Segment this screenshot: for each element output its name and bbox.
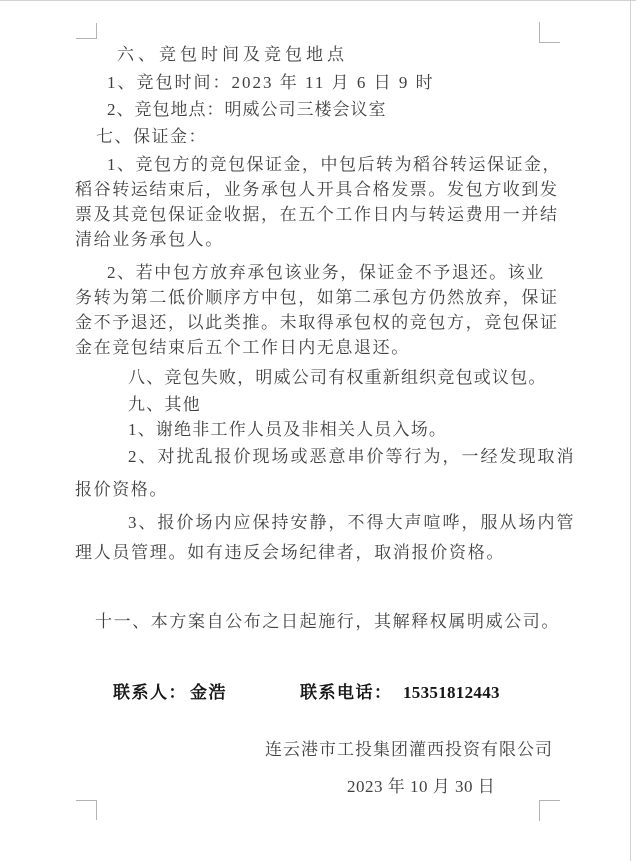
item-bid-time: 1、竞包时间：2023 年 11 月 6 日 9 时 xyxy=(107,72,435,93)
crop-mark-bottom-left xyxy=(76,800,97,801)
crop-mark-top-left xyxy=(96,23,97,39)
item-9-3-line-1: 3、报价场内应保持安静，不得大声喧哗，服从场内管 xyxy=(128,512,576,533)
item-9-2-line-1: 2、对扰乱报价现场或恶意串价等行为，一经发现取消 xyxy=(128,446,576,467)
company-signature: 连云港市工投集团灌西投资有限公司 xyxy=(265,739,553,760)
para-deposit-1-line-4: 清给业务承包人。 xyxy=(75,229,224,250)
para-deposit-1-line-1: 1、竞包方的竞包保证金，中包后转为稻谷转运保证金， xyxy=(107,154,561,175)
para-deposit-1-line-2: 稻谷转运结束后，业务承包人开具合格发票。发包方收到发 xyxy=(75,179,559,200)
item-section-8: 八、竞包失败，明威公司有权重新组织竞包或议包。 xyxy=(128,367,547,388)
crop-mark-top-right xyxy=(539,42,560,43)
crop-mark-top-left xyxy=(76,38,97,39)
para-section-11: 十一、本方案自公布之日起施行，其解释权属明威公司。 xyxy=(95,611,560,632)
phone-label: 联系电话： xyxy=(300,682,393,703)
heading-section-7: 七、保证金： xyxy=(96,126,207,147)
contact-name: 金浩 xyxy=(190,682,227,703)
signature-date: 2023 年 10 月 30 日 xyxy=(347,776,495,797)
item-9-1: 1、谢绝非工作人员及非相关人员入场。 xyxy=(128,419,447,440)
crop-mark-top-right xyxy=(539,22,540,43)
para-deposit-2-line-3: 金不予退还，以此类推。未取得承包权的竞包方，竞包保证 xyxy=(75,312,559,333)
item-9-3-line-2: 理人员管理。如有违反会场纪律者，取消报价资格。 xyxy=(75,542,505,563)
page-top-edge xyxy=(0,0,636,1)
item-bid-location: 2、竞包地点：明威公司三楼会议室 xyxy=(107,99,387,120)
phone-number: 15351812443 xyxy=(403,682,500,703)
item-9-2-line-2: 报价资格。 xyxy=(75,479,168,500)
document-page: 六、竞包时间及竞包地点1、竞包时间：2023 年 11 月 6 日 9 时2、竞… xyxy=(0,0,636,861)
para-deposit-2-line-4: 金在竞包结束后五个工作日内无息退还。 xyxy=(75,337,410,358)
contact-label: 联系人： xyxy=(113,682,187,703)
para-deposit-2-line-2: 务转为第二低价顺序方中包，如第二承包方仍然放弃，保证 xyxy=(75,287,559,308)
page-right-edge xyxy=(630,0,631,861)
crop-mark-bottom-left xyxy=(96,800,97,820)
heading-section-6: 六、竞包时间及竞包地点 xyxy=(117,44,348,65)
heading-section-9: 九、其他 xyxy=(128,394,201,415)
para-deposit-1-line-3: 票及其竞包保证金收据，在五个工作日内与转运费用一并结 xyxy=(75,204,559,225)
para-deposit-2-line-1: 2、若中包方放弃承包该业务，保证金不予退还。该业 xyxy=(107,262,545,283)
crop-mark-bottom-right xyxy=(539,800,560,801)
crop-mark-bottom-right xyxy=(539,800,540,821)
